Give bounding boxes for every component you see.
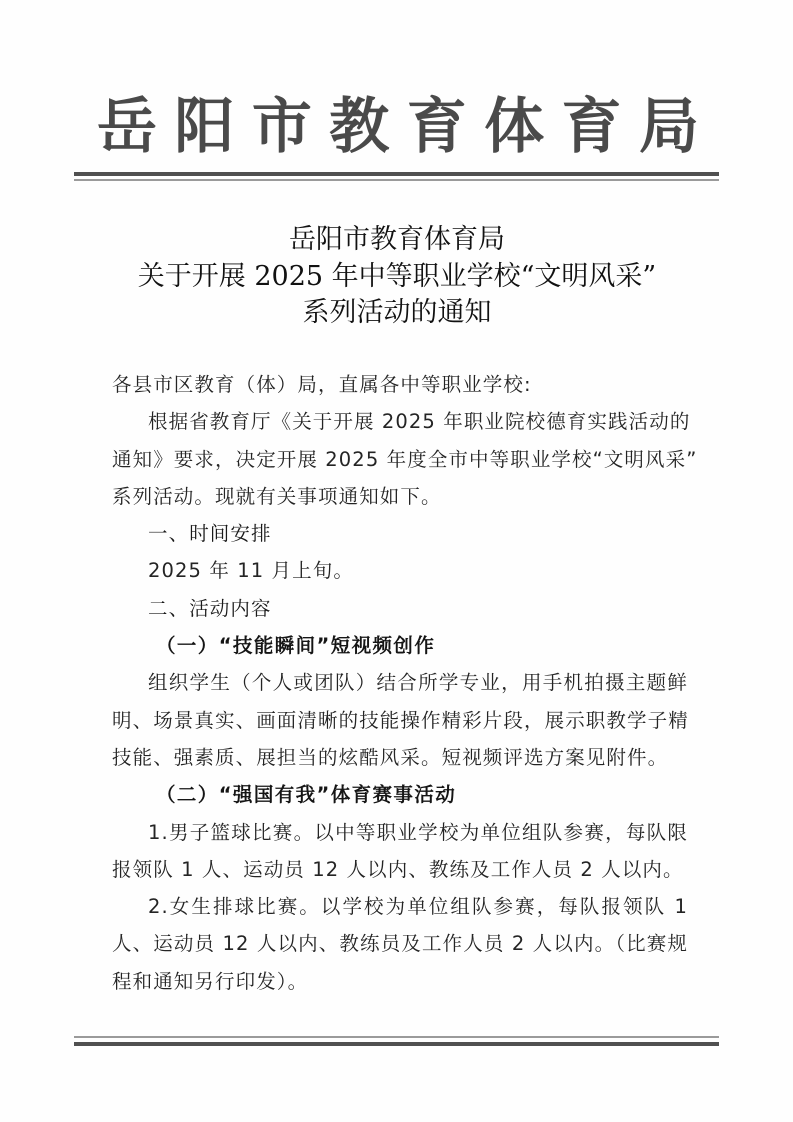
intro-paragraph-line: 通知》要求，决定开展 2025 年度全市中等职业学校“文明风采” — [112, 441, 688, 478]
document-page: 岳 阳 市 教 育 体 育 局 岳阳市教育体育局 关于开展 2025 年中等职业… — [0, 0, 793, 1122]
masthead-glyph: 阳 — [173, 90, 235, 164]
intro-paragraph-line: 系列活动。现就有关事项通知如下。 — [112, 478, 688, 515]
footer-rule-thick — [74, 1042, 719, 1046]
masthead-rule-thick — [74, 172, 719, 176]
title-line-2: 关于开展 2025 年中等职业学校“文明风采” — [80, 259, 714, 296]
masthead-glyph: 局 — [638, 90, 700, 164]
footer-rule-thin — [74, 1036, 719, 1038]
salutation: 各县市区教育（体）局，直属各中等职业学校: — [112, 366, 688, 403]
intro-paragraph-line: 根据省教育厅《关于开展 2025 年职业院校德育实践活动的 — [112, 403, 688, 440]
masthead-glyph: 教 — [328, 90, 390, 164]
short-video-paragraph-line: 技能、强素质、展担当的炫酷风采。短视频评选方案见附件。 — [112, 739, 688, 776]
subheading-sports-events: （二）“强国有我”体育赛事活动 — [112, 776, 688, 813]
masthead-glyph: 岳 — [96, 90, 158, 164]
masthead-glyph: 育 — [561, 90, 623, 164]
volleyball-item-line: 2.女生排球比赛。以学校为单位组队参赛，每队报领队 1 — [112, 888, 688, 925]
section-heading-activities: 二、活动内容 — [112, 590, 688, 627]
masthead-glyph: 市 — [251, 90, 313, 164]
short-video-paragraph-line: 明、场景真实、画面清晰的技能操作精彩片段，展示职教学子精 — [112, 702, 688, 739]
basketball-item-line: 1.男子篮球比赛。以中等职业学校为单位组队参赛，每队限 — [112, 814, 688, 851]
document-body: 各县市区教育（体）局，直属各中等职业学校: 根据省教育厅《关于开展 2025 年… — [112, 366, 688, 1000]
masthead-rule-thin — [74, 179, 719, 181]
document-title: 岳阳市教育体育局 关于开展 2025 年中等职业学校“文明风采” 系列活动的通知 — [80, 222, 714, 332]
schedule-content: 2025 年 11 月上旬。 — [112, 552, 688, 589]
masthead: 岳 阳 市 教 育 体 育 局 — [96, 90, 700, 164]
masthead-glyph: 育 — [406, 90, 468, 164]
title-line-1: 岳阳市教育体育局 — [80, 222, 714, 259]
section-heading-schedule: 一、时间安排 — [112, 515, 688, 552]
basketball-item-line: 报领队 1 人、运动员 12 人以内、教练及工作人员 2 人以内。 — [112, 851, 688, 888]
subheading-short-video: （一）“技能瞬间”短视频创作 — [112, 627, 688, 664]
volleyball-item-line: 程和通知另行印发）。 — [112, 963, 688, 1000]
short-video-paragraph-line: 组织学生（个人或团队）结合所学专业，用手机拍摄主题鲜 — [112, 664, 688, 701]
title-line-3: 系列活动的通知 — [80, 295, 714, 332]
masthead-glyph: 体 — [483, 90, 545, 164]
volleyball-item-line: 人、运动员 12 人以内、教练员及工作人员 2 人以内。（比赛规 — [112, 925, 688, 962]
